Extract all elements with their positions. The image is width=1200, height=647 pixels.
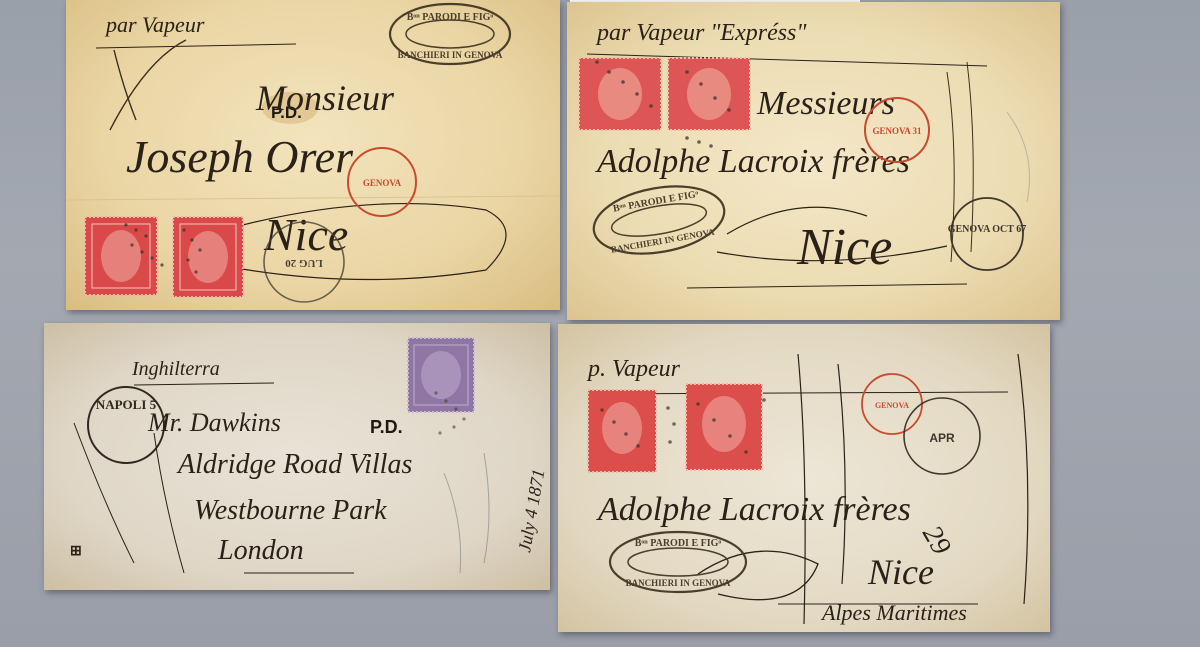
svg-text:Nice: Nice — [796, 219, 892, 276]
svg-text:Mr. Dawkins: Mr. Dawkins — [147, 408, 281, 437]
black-postmark: GENOVA OCT 67 — [948, 198, 1027, 270]
svg-text:p. Vapeur: p. Vapeur — [586, 356, 681, 382]
cover-top-left: Bᵒⁿ PARODI E FIGᵒ BANCHIERI IN GENOVA pa… — [66, 0, 560, 310]
svg-text:GENOVA OCT 67: GENOVA OCT 67 — [948, 224, 1027, 235]
postage-stamp — [579, 58, 661, 130]
postage-stamp — [588, 390, 656, 472]
cover-bottom-right-art: p. Vapeur GENOVA APR Adolphe Lacroix fr — [558, 324, 1050, 632]
banker-handstamp: Bᵒⁿ PARODI E FIGᵒ BANCHIERI IN GENOVA — [390, 4, 510, 64]
svg-text:July 4 1871: July 4 1871 — [514, 468, 548, 554]
svg-text:par Vapeur: par Vapeur — [104, 12, 205, 37]
svg-text:BANCHIERI IN GENOVA: BANCHIERI IN GENOVA — [626, 578, 731, 588]
banker-handstamp: Bᵒⁿ PARODI E FIGᵒ BANCHIERI IN GENOVA — [588, 177, 729, 263]
postage-stamp — [686, 384, 762, 470]
svg-text:Adolphe Lacroix frères: Adolphe Lacroix frères — [596, 491, 911, 528]
svg-text:P.D.: P.D. — [370, 417, 403, 437]
svg-text:Adolphe Lacroix frères: Adolphe Lacroix frères — [595, 143, 910, 180]
svg-text:Bᵒⁿ PARODI E FIGᵒ: Bᵒⁿ PARODI E FIGᵒ — [407, 12, 494, 23]
svg-text:Joseph Orer: Joseph Orer — [126, 131, 354, 182]
cover-top-left-art: Bᵒⁿ PARODI E FIGᵒ BANCHIERI IN GENOVA pa… — [66, 0, 560, 310]
svg-text:Messieurs: Messieurs — [756, 85, 895, 122]
svg-text:APR: APR — [929, 431, 955, 445]
svg-text:Westbourne Park: Westbourne Park — [194, 495, 387, 526]
postage-stamp — [408, 338, 474, 412]
red-postmark: GENOVA — [862, 374, 922, 434]
svg-text:BANCHIERI IN GENOVA: BANCHIERI IN GENOVA — [398, 50, 503, 60]
svg-text:Monsieur: Monsieur — [255, 78, 395, 118]
cover-top-right-art: par Vapeur "Expréss" Messieurs Adolphe L… — [567, 2, 1060, 320]
svg-text:GENOVA: GENOVA — [363, 178, 402, 188]
svg-text:Bᵒⁿ PARODI E FIGᵒ: Bᵒⁿ PARODI E FIGᵒ — [635, 538, 722, 549]
svg-text:Inghilterra: Inghilterra — [131, 358, 220, 380]
cover-top-right: par Vapeur "Expréss" Messieurs Adolphe L… — [567, 2, 1060, 320]
svg-text:GENOVA: GENOVA — [875, 401, 909, 410]
svg-text:⊞: ⊞ — [70, 542, 82, 558]
postage-stamp — [668, 58, 750, 130]
cover-bottom-right: p. Vapeur GENOVA APR Adolphe Lacroix fr — [558, 324, 1050, 632]
red-postmark: GENOVA — [348, 148, 416, 216]
svg-text:Aldridge Road Villas: Aldridge Road Villas — [176, 449, 412, 480]
banker-handstamp: Bᵒⁿ PARODI E FIGᵒ BANCHIERI IN GENOVA — [610, 532, 746, 592]
svg-text:LUG 20: LUG 20 — [285, 257, 323, 269]
svg-text:GENOVA 31: GENOVA 31 — [872, 126, 922, 136]
cover-bottom-left: Inghilterra NAPOLI 5 P.D. Mr. Dawkins Al… — [44, 323, 550, 590]
svg-text:Nice: Nice — [867, 552, 934, 592]
cover-bottom-left-art: Inghilterra NAPOLI 5 P.D. Mr. Dawkins Al… — [44, 323, 550, 590]
postage-stamp — [85, 217, 157, 295]
svg-text:London: London — [217, 535, 304, 566]
apr-postmark: APR — [904, 398, 980, 474]
svg-text:par Vapeur "Expréss": par Vapeur "Expréss" — [595, 20, 807, 46]
svg-text:Bᵒⁿ PARODI E FIGᵒ: Bᵒⁿ PARODI E FIGᵒ — [612, 189, 699, 215]
